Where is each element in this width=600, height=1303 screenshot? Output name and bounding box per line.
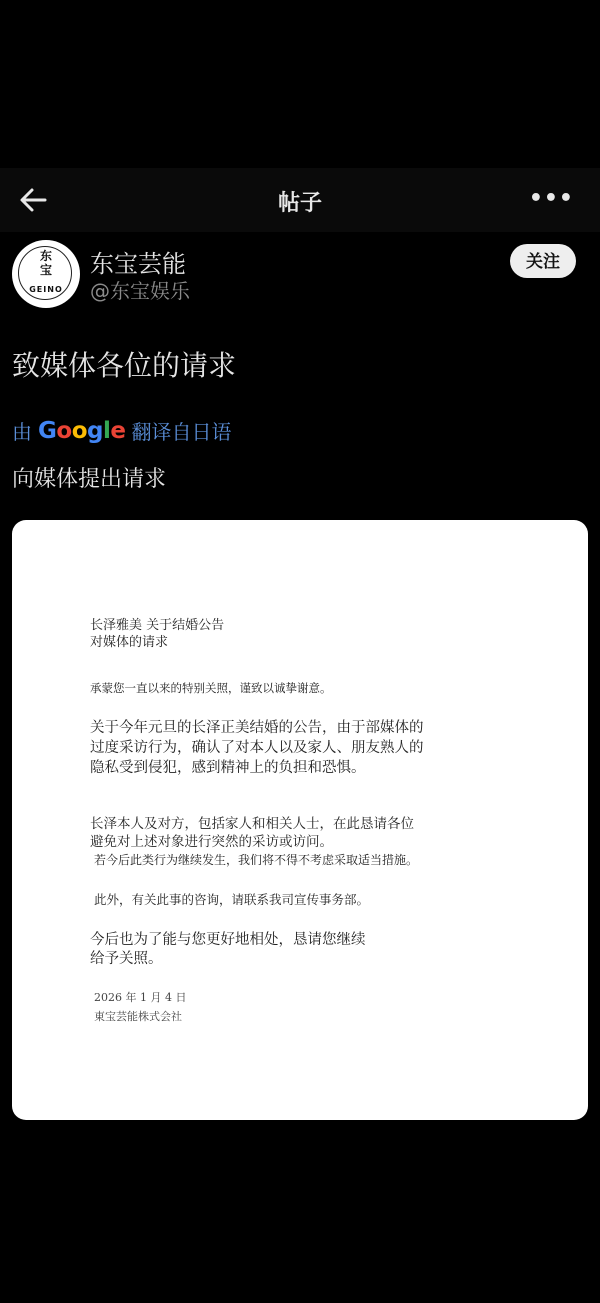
translation-attribution[interactable]: 由 Google 翻译自日语: [12, 416, 231, 445]
page-title: 帖子: [0, 186, 600, 217]
document-company: 東宝芸能株式会社: [94, 1008, 182, 1024]
document-paragraph-warning: 若今后此类行为继续发生，我们将不得不考虑采取适当措施。: [94, 851, 418, 868]
translation-suffix: 翻译自日语: [131, 416, 231, 445]
translation-prefix: 由: [12, 416, 32, 445]
text-line: 关于今年元旦的长泽正美结婚的公告，由于部媒体的: [90, 718, 424, 738]
avatar[interactable]: 东 宝 GEINO: [12, 240, 80, 308]
account-handle[interactable]: @东宝娱乐: [90, 275, 190, 304]
document-date: 2026 年 1 月 4 日: [94, 989, 186, 1005]
text-line: 过度采访行为，确认了对本人以及家人、朋友熟人的: [90, 738, 424, 758]
document-paragraph-closing: 今后也为了能与您更好地相处，恳请您继续 给予关照。: [90, 931, 366, 969]
text-line: 给予关照。: [90, 950, 366, 969]
avatar-ring-text: GEINO: [12, 285, 80, 294]
text-line: 今后也为了能与您更好地相处，恳请您继续: [90, 931, 366, 950]
document-paragraph-request: 长泽本人及对方，包括家人和相关人士，在此恳请各位 避免对上述对象进行突然的采访或…: [90, 815, 414, 851]
account-name[interactable]: 东宝芸能: [90, 244, 186, 279]
text-line: 隐私受到侵犯，感到精神上的负担和恐惧。: [90, 758, 424, 778]
top-navigation-bar: 帖子 •••: [0, 168, 600, 232]
text-line: 长泽本人及对方，包括家人和相关人士，在此恳请各位: [90, 815, 414, 833]
document-paragraph-incident: 关于今年元旦的长泽正美结婚的公告，由于部媒体的 过度采访行为，确认了对本人以及家…: [90, 718, 424, 778]
post-translated-text: 向媒体提出请求: [12, 462, 166, 493]
more-options-icon[interactable]: •••: [529, 190, 574, 208]
document-title: 长泽雅美 关于结婚公告 对媒体的请求: [90, 617, 224, 651]
follow-button[interactable]: 关注: [510, 244, 576, 278]
google-logo-icon: Google: [38, 418, 125, 444]
avatar-logo-text: 东 宝: [12, 249, 80, 277]
text-line: 避免对上述对象进行突然的采访或访问。: [90, 833, 414, 851]
document-title-line: 长泽雅美 关于结婚公告: [90, 617, 224, 634]
document-subtitle-line: 对媒体的请求: [90, 634, 224, 651]
post-original-text: 致媒体各位的请求: [12, 344, 236, 384]
document-paragraph-contact: 此外，有关此事的咨询，请联系我司宣传事务部。: [94, 890, 369, 908]
document-paragraph-greeting: 承蒙您一直以来的特别关照，谨致以诚挚谢意。: [90, 680, 332, 696]
